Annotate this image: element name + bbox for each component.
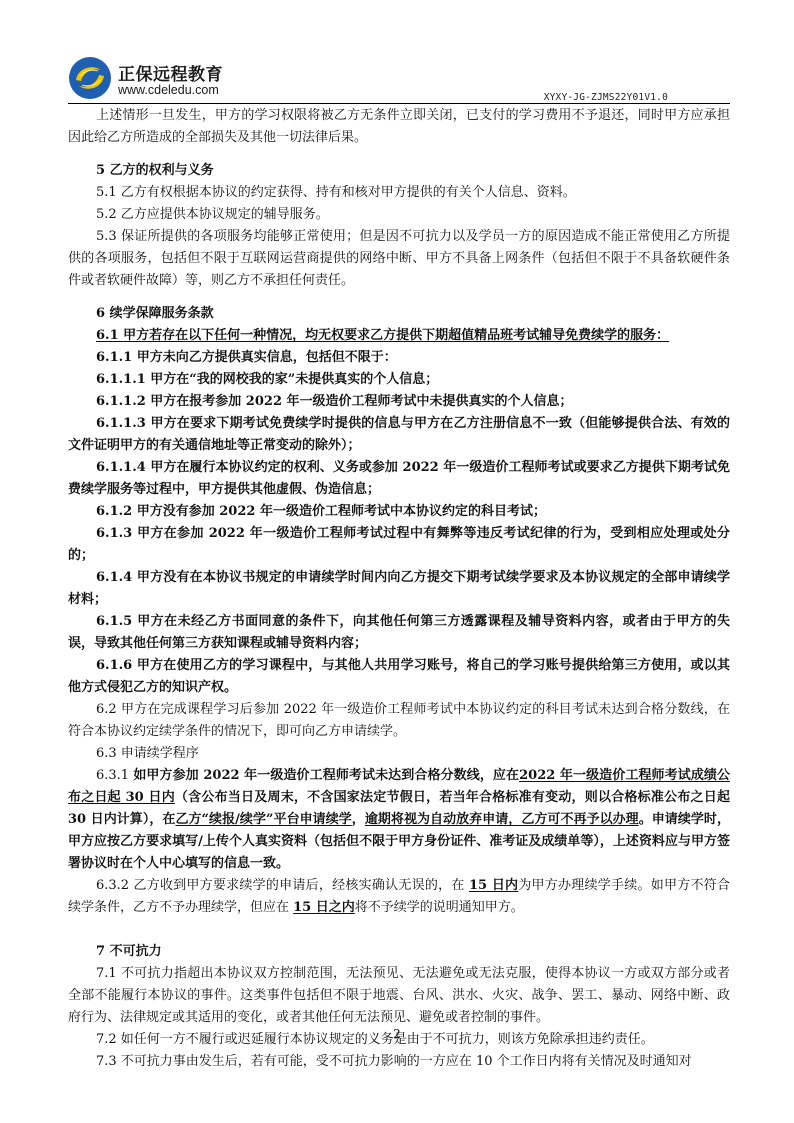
section-7-heading: 7 不可抗力 [68, 941, 730, 963]
clause-6-1-4: 6.1.4 甲方没有在本协议书规定的申请续学时间内向乙方提交下期考试续学要求及本… [68, 567, 730, 611]
brand-url: www.cdeledu.com [118, 83, 219, 97]
overdue-notice: 逾期将视为自动放弃申请，乙方可不再予以办理 [365, 812, 639, 827]
clause-6-1: 6.1 甲方若存在以下任何一种情况，均无权要求乙方提供下期超值精品班考试辅导免费… [68, 325, 730, 347]
clause-6-1-1-3: 6.1.1.3 甲方在要求下期考试免费续学时提供的信息与甲方在乙方注册信息不一致… [68, 413, 730, 457]
clause-7-3: 7.3 不可抗力事由发生后，若有可能，受不可抗力影响的一方应在 10 个工作日内… [68, 1051, 730, 1073]
clause-6-1-number: 6.1 [96, 328, 123, 343]
section-5-heading: 5 乙方的权利与义务 [68, 160, 730, 182]
clause-6-1-5: 6.1.5 甲方在未经乙方书面同意的条件下，向其他任何第三方透露课程及辅导资料内… [68, 611, 730, 655]
platform-name: 乙方“续报/续学”平台申请续学 [175, 812, 351, 827]
clause-6-1-1-1: 6.1.1.1 甲方在“我的网校我的家”未提供真实的个人信息； [68, 369, 730, 391]
document-code: XYXY-JG-ZJMS22Y01V1.0 [544, 92, 668, 103]
page-number: 2 [0, 1027, 794, 1041]
clause-6-2: 6.2 甲方在完成课程学习后参加 2022 年一级造价工程师考试中本协议约定的科… [68, 699, 730, 743]
clause-6-1-2: 6.1.2 甲方没有参加 2022 年一级造价工程师考试中本协议约定的科目考试； [68, 501, 730, 523]
clause-7-1: 7.1 不可抗力指超出本协议双方控制范围，无法预见、无法避免或无法克服，使得本协… [68, 963, 730, 1029]
document-body: 上述情形一旦发生，甲方的学习权限将被乙方无条件立即关闭，已支付的学习费用不予退还… [68, 105, 730, 1073]
intro-paragraph: 上述情形一旦发生，甲方的学习权限将被乙方无条件立即关闭，已支付的学习费用不予退还… [68, 105, 730, 149]
section-6-heading: 6 续学保障服务条款 [68, 303, 730, 325]
clause-6-1-6: 6.1.6 甲方在使用乙方的学习课程中，与其他人共用学习账号，将自己的学习账号提… [68, 655, 730, 699]
clause-5-2: 5.2 乙方应提供本协议规定的辅导服务。 [68, 204, 730, 226]
clause-5-1: 5.1 乙方有权根据本协议的约定获得、持有和核对甲方提供的有关个人信息、资料。 [68, 182, 730, 204]
clause-6-3-1: 6.3.1 如甲方参加 2022 年一级造价工程师考试未达到合格分数线，应在20… [68, 765, 730, 875]
clause-6-1-1: 6.1.1 甲方未向乙方提供真实信息，包括但不限于： [68, 347, 730, 369]
brand-name: 正保远程教育 [118, 60, 223, 85]
clause-6-3-1-number: 6.3.1 [96, 768, 133, 783]
clause-6-3-2: 6.3.2 乙方收到甲方要求续学的申请后，经核实确认无误的，在 15 日内为甲方… [68, 875, 730, 919]
deadline-15-days: 15 日内 [469, 878, 518, 893]
deadline-15-days-notice: 15 日之内 [293, 900, 355, 915]
clause-5-3: 5.3 保证所提供的各项服务均能够正常使用；但是因不可抗力以及学员一方的原因造成… [68, 226, 730, 292]
clause-6-1-text: 甲方若存在以下任何一种情况，均无权要求乙方提供下期超值精品班考试辅导免费续学的服… [123, 328, 669, 343]
clause-6-1-1-2: 6.1.1.2 甲方在报考参加 2022 年一级造价工程师考试中未提供真实的个人… [68, 391, 730, 413]
clause-6-1-3: 6.1.3 甲方在参加 2022 年一级造价工程师考试过程中有舞弊等违反考试纪律… [68, 523, 730, 567]
page-header: 正保远程教育 www.cdeledu.com XYXY-JG-ZJMS22Y01… [68, 54, 730, 102]
clause-6-3: 6.3 申请续学程序 [68, 743, 730, 765]
header-divider [68, 103, 730, 104]
cdeledu-logo-icon [68, 56, 112, 100]
clause-6-1-1-4: 6.1.1.4 甲方在履行本协议约定的权利、义务或参加 2022 年一级造价工程… [68, 457, 730, 501]
